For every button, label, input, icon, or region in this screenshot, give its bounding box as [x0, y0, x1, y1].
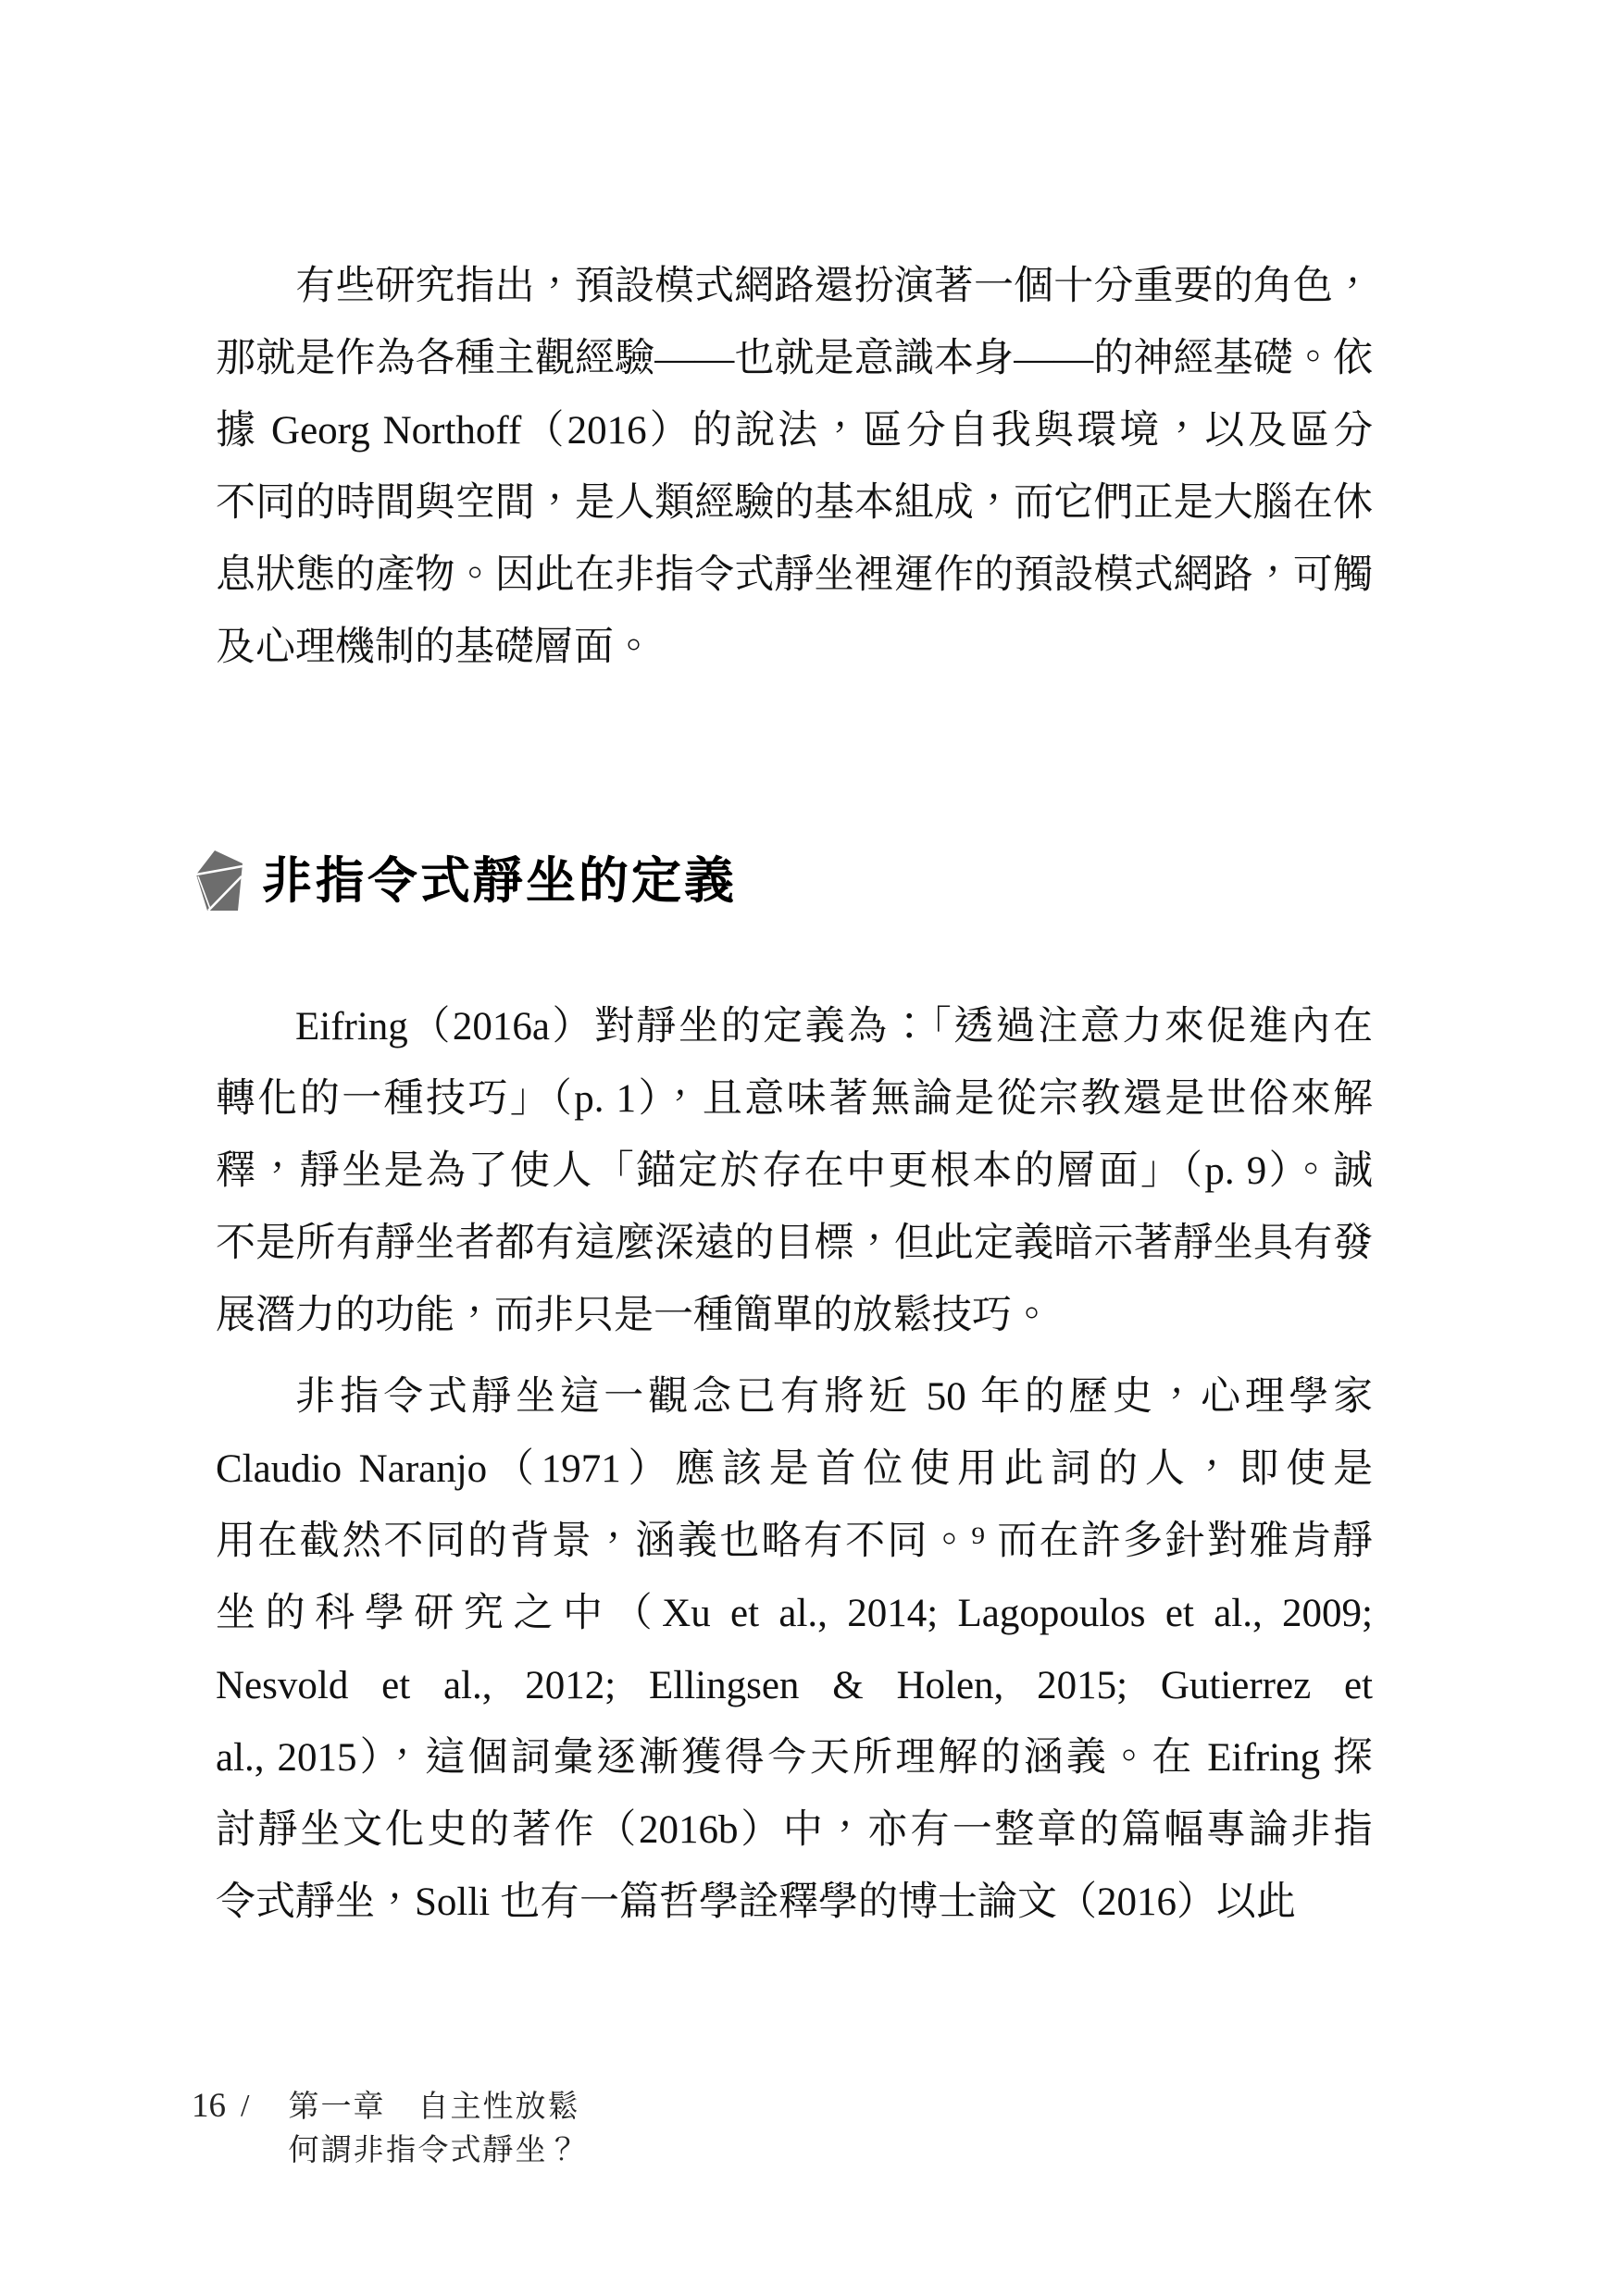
text-line: 息狀態的產物。因此在非指令式靜坐裡運作的預設模式網路，可觸 — [216, 540, 1373, 612]
text-line: 有些研究指出，預設模式網路還扮演著一個十分重要的角色， — [216, 251, 1373, 323]
page-footer: 16 / 第一章 自主性放鬆 何謂非指令式靜坐？ — [192, 2084, 579, 2171]
section-title: 非指令式靜坐的定義 — [262, 850, 737, 912]
gem-icon — [195, 850, 243, 912]
text-line: 展潛力的功能，而非只是一種簡單的放鬆技巧。 — [216, 1280, 1373, 1352]
text-line: 令式靜坐，Solli 也有一篇哲學詮釋學的博士論文（2016）以此 — [216, 1867, 1373, 1939]
text-line: 非指令式靜坐這一觀念已有將近 50 年的歷史，心理學家 — [216, 1361, 1373, 1433]
text-line: 不同的時間與空間，是人類經驗的基本組成，而它們正是大腦在休 — [216, 467, 1373, 540]
text-line: 釋，靜坐是為了使人「錨定於存在中更根本的層面」（p. 9）。誠然， — [216, 1136, 1373, 1208]
section-heading: 非指令式靜坐的定義 — [195, 850, 737, 912]
footer-subtitle: 何謂非指令式靜坐？ — [288, 2128, 579, 2171]
text-line: 轉化的一種技巧」（p. 1），且意味著無論是從宗教還是世俗來解 — [216, 1063, 1373, 1136]
footer-chapter: 第一章 自主性放鬆 — [288, 2084, 579, 2128]
paragraph-default-mode-network: 有些研究指出，預設模式網路還扮演著一個十分重要的角色，那就是作為各種主觀經驗——… — [216, 251, 1373, 684]
text-line: al., 2015），這個詞彙逐漸獲得今天所理解的涵義。在 Eifring 探 — [216, 1722, 1373, 1794]
text-line: 討靜坐文化史的著作（2016b）中，亦有一整章的篇幅專論非指 — [216, 1794, 1373, 1867]
text-line: 坐的科學研究之中（Xu et al., 2014; Lagopoulos et … — [216, 1578, 1373, 1650]
page-number: 16 — [192, 2084, 226, 2128]
text-line: 及心理機制的基礎層面。 — [216, 612, 1373, 684]
footer-running-head: 第一章 自主性放鬆 何謂非指令式靜坐？ — [288, 2084, 579, 2171]
paragraph-nondirective-history: 非指令式靜坐這一觀念已有將近 50 年的歷史，心理學家Claudio Naran… — [216, 1361, 1373, 1939]
book-page: 有些研究指出，預設模式網路還扮演著一個十分重要的角色，那就是作為各種主觀經驗——… — [0, 0, 1619, 2296]
text-line: 那就是作為各種主觀經驗——也就是意識本身——的神經基礎。依 — [216, 323, 1373, 395]
text-line: Eifring（2016a）對靜坐的定義為：「透過注意力來促進內在 — [216, 991, 1373, 1063]
footer-separator: / — [241, 2084, 249, 2128]
text-line: 據 Georg Northoff（2016）的說法，區分自我與環境，以及區分 — [216, 395, 1373, 467]
text-line: Nesvold et al., 2012; Ellingsen & Holen,… — [216, 1650, 1373, 1722]
paragraph-meditation-definition: Eifring（2016a）對靜坐的定義為：「透過注意力來促進內在轉化的一種技巧… — [216, 991, 1373, 1352]
text-line: Claudio Naranjo（1971）應該是首位使用此詞的人，即使是 — [216, 1433, 1373, 1506]
text-line: 不是所有靜坐者都有這麼深遠的目標，但此定義暗示著靜坐具有發 — [216, 1208, 1373, 1280]
text-line: 用在截然不同的背景，涵義也略有不同。⁹ 而在許多針對雅肯靜 — [216, 1506, 1373, 1578]
